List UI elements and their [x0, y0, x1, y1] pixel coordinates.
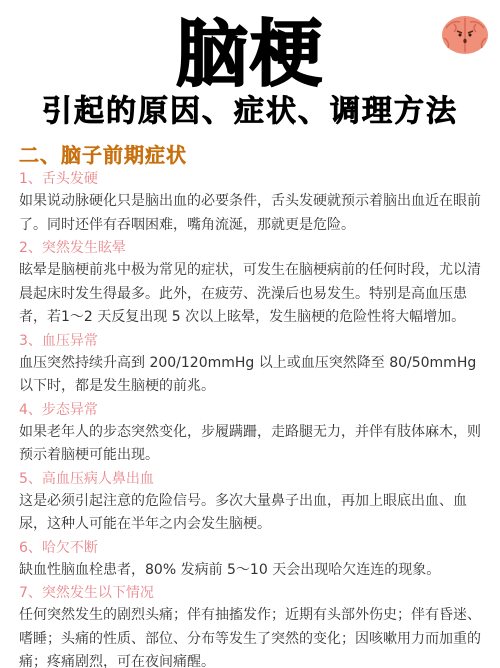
symptom-title: 1、舌头发硬: [19, 168, 484, 190]
symptom-description: 眩晕是脑梗前兆中极为常见的症状，可发生在脑梗病前的任何时段，尤以清晨起床时发生得…: [19, 259, 484, 330]
symptom-item: 6、哈欠不断 缺血性脑血栓患者，80% 发病前 5～10 天会出现哈欠连连的现象…: [19, 537, 484, 583]
symptom-title: 3、血压异常: [19, 330, 484, 352]
symptom-description: 任何突然发生的剧烈头痛；伴有抽搐发作；近期有头部外伤史；伴有昏迷、嗜睡；头痛的性…: [19, 604, 484, 668]
section-heading: 二、脑子前期症状: [19, 142, 187, 168]
symptom-title: 5、高血压病人鼻出血: [19, 468, 484, 490]
symptom-item: 7、突然发生以下情况 任何突然发生的剧烈头痛；伴有抽搐发作；近期有头部外伤史；伴…: [19, 582, 484, 668]
symptom-item: 2、突然发生眩晕 眩晕是脑梗前兆中极为常见的症状，可发生在脑梗病前的任何时段，尤…: [19, 237, 484, 330]
symptom-item: 1、舌头发硬 如果说动脉硬化只是脑出血的必要条件，舌头发硬就预示着脑出血近在眼前…: [19, 168, 484, 237]
page-title: 脑梗: [0, 14, 500, 94]
symptom-description: 这是必须引起注意的危险信号。多次大量鼻子出血，再加上眼底出血、血尿，这种人可能在…: [19, 490, 484, 537]
symptom-description: 如果老年人的步态突然变化，步履蹒跚，走路腿无力，并伴有肢体麻木，则预示着脑梗可能…: [19, 421, 484, 468]
symptom-title: 6、哈欠不断: [19, 537, 484, 559]
symptom-item: 4、步态异常 如果老年人的步态突然变化，步履蹒跚，走路腿无力，并伴有肢体麻木，则…: [19, 399, 484, 468]
symptom-title: 4、步态异常: [19, 399, 484, 421]
symptom-description: 如果说动脉硬化只是脑出血的必要条件，舌头发硬就预示着脑出血近在眼前了。同时还伴有…: [19, 190, 484, 237]
symptom-description: 血压突然持续升高到 200/120mmHg 以上或血压突然降至 80/50mmH…: [19, 352, 484, 399]
brain-mascot-icon: [440, 14, 490, 56]
symptom-item: 3、血压异常 血压突然持续升高到 200/120mmHg 以上或血压突然降至 8…: [19, 330, 484, 399]
symptom-description: 缺血性脑血栓患者，80% 发病前 5～10 天会出现哈欠连连的现象。: [19, 559, 484, 583]
page-subtitle: 引起的原因、症状、调理方法: [0, 92, 500, 132]
symptom-list: 1、舌头发硬 如果说动脉硬化只是脑出血的必要条件，舌头发硬就预示着脑出血近在眼前…: [19, 168, 484, 668]
symptom-title: 2、突然发生眩晕: [19, 237, 484, 259]
symptom-title: 7、突然发生以下情况: [19, 582, 484, 604]
symptom-item: 5、高血压病人鼻出血 这是必须引起注意的危险信号。多次大量鼻子出血，再加上眼底出…: [19, 468, 484, 537]
